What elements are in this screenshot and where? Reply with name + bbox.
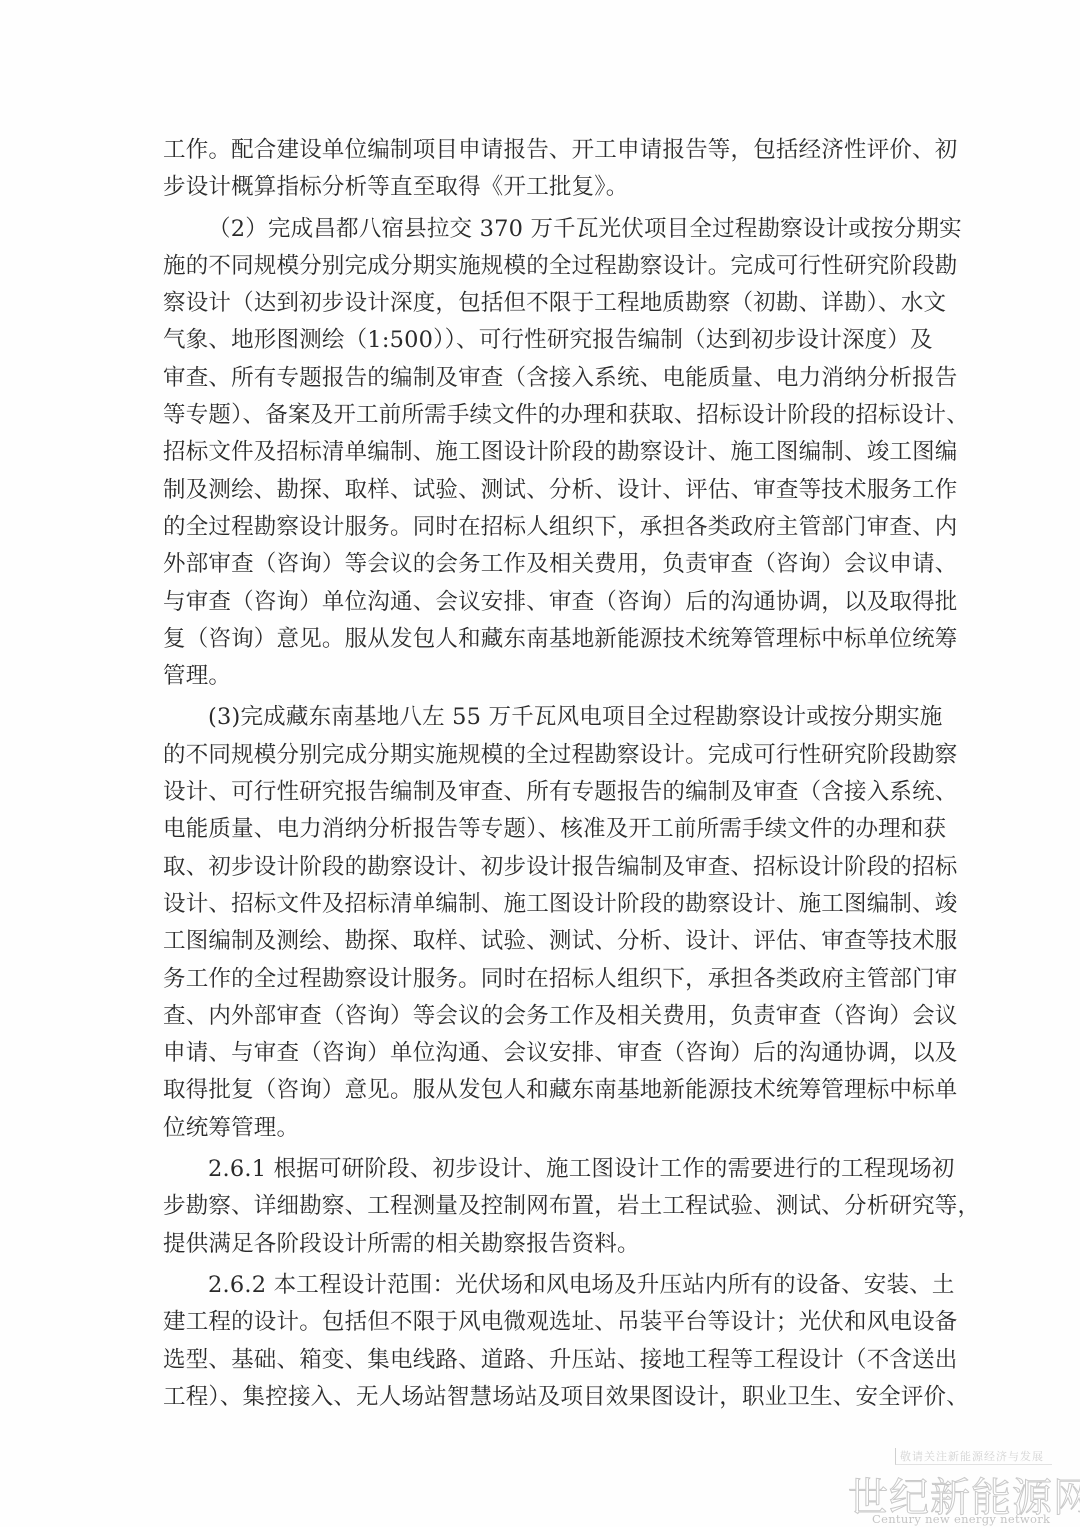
text-line: 2.6.1 根据可研阶段、初步设计、施工图设计工作的需要进行的工程现场初 [163, 1151, 919, 1188]
text-line: (3)完成藏东南基地八左 55 万千瓦风电项目全过程勘察设计或按分期实施 [163, 699, 919, 736]
text-line: 等专题）、备案及开工前所需手续文件的办理和获取、招标设计阶段的招标设计、 [163, 397, 919, 434]
watermark-tagline: 敬请关注新能源经济与发展 [895, 1448, 1052, 1465]
text-line: 外部审查（咨询）等会议的会务工作及相关费用，负责审查（咨询）会议申请、 [163, 546, 919, 583]
text-line: 电能质量、电力消纳分析报告等专题）、核准及开工前所需手续文件的办理和获 [163, 811, 919, 848]
text-line: 设计、招标文件及招标清单编制、施工图设计阶段的勘察设计、施工图编制、竣 [163, 886, 919, 923]
text-line: 位统筹管理。 [163, 1110, 919, 1147]
paragraph-item-3: (3)完成藏东南基地八左 55 万千瓦风电项目全过程勘察设计或按分期实施 的不同… [163, 699, 919, 1147]
text-line: 申请、与审查（咨询）单位沟通、会议安排、审查（咨询）后的沟通协调，以及 [163, 1035, 919, 1072]
text-line: 设计、可行性研究报告编制及审查、所有专题报告的编制及审查（含接入系统、 [163, 774, 919, 811]
text-line: 管理。 [163, 658, 919, 695]
text-line: 步勘察、详细勘察、工程测量及控制网布置，岩土工程试验、测试、分析研究等， [163, 1188, 919, 1225]
text-line: 气象、地形图测绘（1:500））、可行性研究报告编制（达到初步设计深度）及 [163, 322, 919, 359]
text-line: 复（咨询）意见。服从发包人和藏东南基地新能源技术统筹管理标中标单位统筹 [163, 621, 919, 658]
text-line: 的全过程勘察设计服务。同时在招标人组织下，承担各类政府主管部门审查、内 [163, 509, 919, 546]
text-line: 取、初步设计阶段的勘察设计、初步设计报告编制及审查、招标设计阶段的招标 [163, 849, 919, 886]
text-line: 务工作的全过程勘察设计服务。同时在招标人组织下，承担各类政府主管部门审 [163, 961, 919, 998]
text-line: 2.6.2 本工程设计范围：光伏场和风电场及升压站内所有的设备、安装、土 [163, 1267, 919, 1304]
document-body: 工作。配合建设单位编制项目申请报告、开工申请报告等，包括经济性评价、初 步设计概… [163, 132, 919, 1420]
paragraph-section-2-6-1: 2.6.1 根据可研阶段、初步设计、施工图设计工作的需要进行的工程现场初 步勘察… [163, 1151, 919, 1263]
paragraph-section-2-6-2: 2.6.2 本工程设计范围：光伏场和风电场及升压站内所有的设备、安装、土 建工程… [163, 1267, 919, 1416]
text-line: 制及测绘、勘探、取样、试验、测试、分析、设计、评估、审查等技术服务工作 [163, 472, 919, 509]
text-line: 的不同规模分别完成分期实施规模的全过程勘察设计。完成可行性研究阶段勘察 [163, 737, 919, 774]
text-line: 审查、所有专题报告的编制及审查（含接入系统、电能质量、电力消纳分析报告 [163, 360, 919, 397]
text-line: 与审查（咨询）单位沟通、会议安排、审查（咨询）后的沟通协调，以及取得批 [163, 584, 919, 621]
text-line: 工程）、集控接入、无人场站智慧场站及项目效果图设计，职业卫生、安全评价、 [163, 1379, 919, 1416]
text-line: 步设计概算指标分析等直至取得《开工批复》。 [163, 169, 919, 206]
text-line: 施的不同规模分别完成分期实施规模的全过程勘察设计。完成可行性研究阶段勘 [163, 248, 919, 285]
text-line: 工作。配合建设单位编制项目申请报告、开工申请报告等，包括经济性评价、初 [163, 132, 919, 169]
paragraph-item-2: （2）完成昌都八宿县拉交 370 万千瓦光伏项目全过程勘察设计或按分期实 施的不… [163, 211, 919, 696]
document-page: 工作。配合建设单位编制项目申请报告、开工申请报告等，包括经济性评价、初 步设计概… [0, 0, 1080, 1527]
watermark: 敬请关注新能源经济与发展 世纪新能源网 Century new energy n… [848, 1442, 1080, 1527]
text-line: 取得批复（咨询）意见。服从发包人和藏东南基地新能源技术统筹管理标中标单 [163, 1072, 919, 1109]
paragraph-continuation: 工作。配合建设单位编制项目申请报告、开工申请报告等，包括经济性评价、初 步设计概… [163, 132, 919, 207]
text-line: 工图编制及测绘、勘探、取样、试验、测试、分析、设计、评估、审查等技术服 [163, 923, 919, 960]
text-line: 查、内外部审查（咨询）等会议的会务工作及相关费用，负责审查（咨询）会议 [163, 998, 919, 1035]
watermark-subtitle: Century new energy network [872, 1512, 1050, 1526]
text-line: （2）完成昌都八宿县拉交 370 万千瓦光伏项目全过程勘察设计或按分期实 [163, 211, 919, 248]
text-line: 察设计（达到初步设计深度，包括但不限于工程地质勘察（初勘、详勘）、水文 [163, 285, 919, 322]
text-line: 选型、基础、箱变、集电线路、道路、升压站、接地工程等工程设计（不含送出 [163, 1342, 919, 1379]
text-line: 建工程的设计。包括但不限于风电微观选址、吊装平台等设计；光伏和风电设备 [163, 1304, 919, 1341]
text-line: 提供满足各阶段设计所需的相关勘察报告资料。 [163, 1226, 919, 1263]
text-line: 招标文件及招标清单编制、施工图设计阶段的勘察设计、施工图编制、竣工图编 [163, 434, 919, 471]
